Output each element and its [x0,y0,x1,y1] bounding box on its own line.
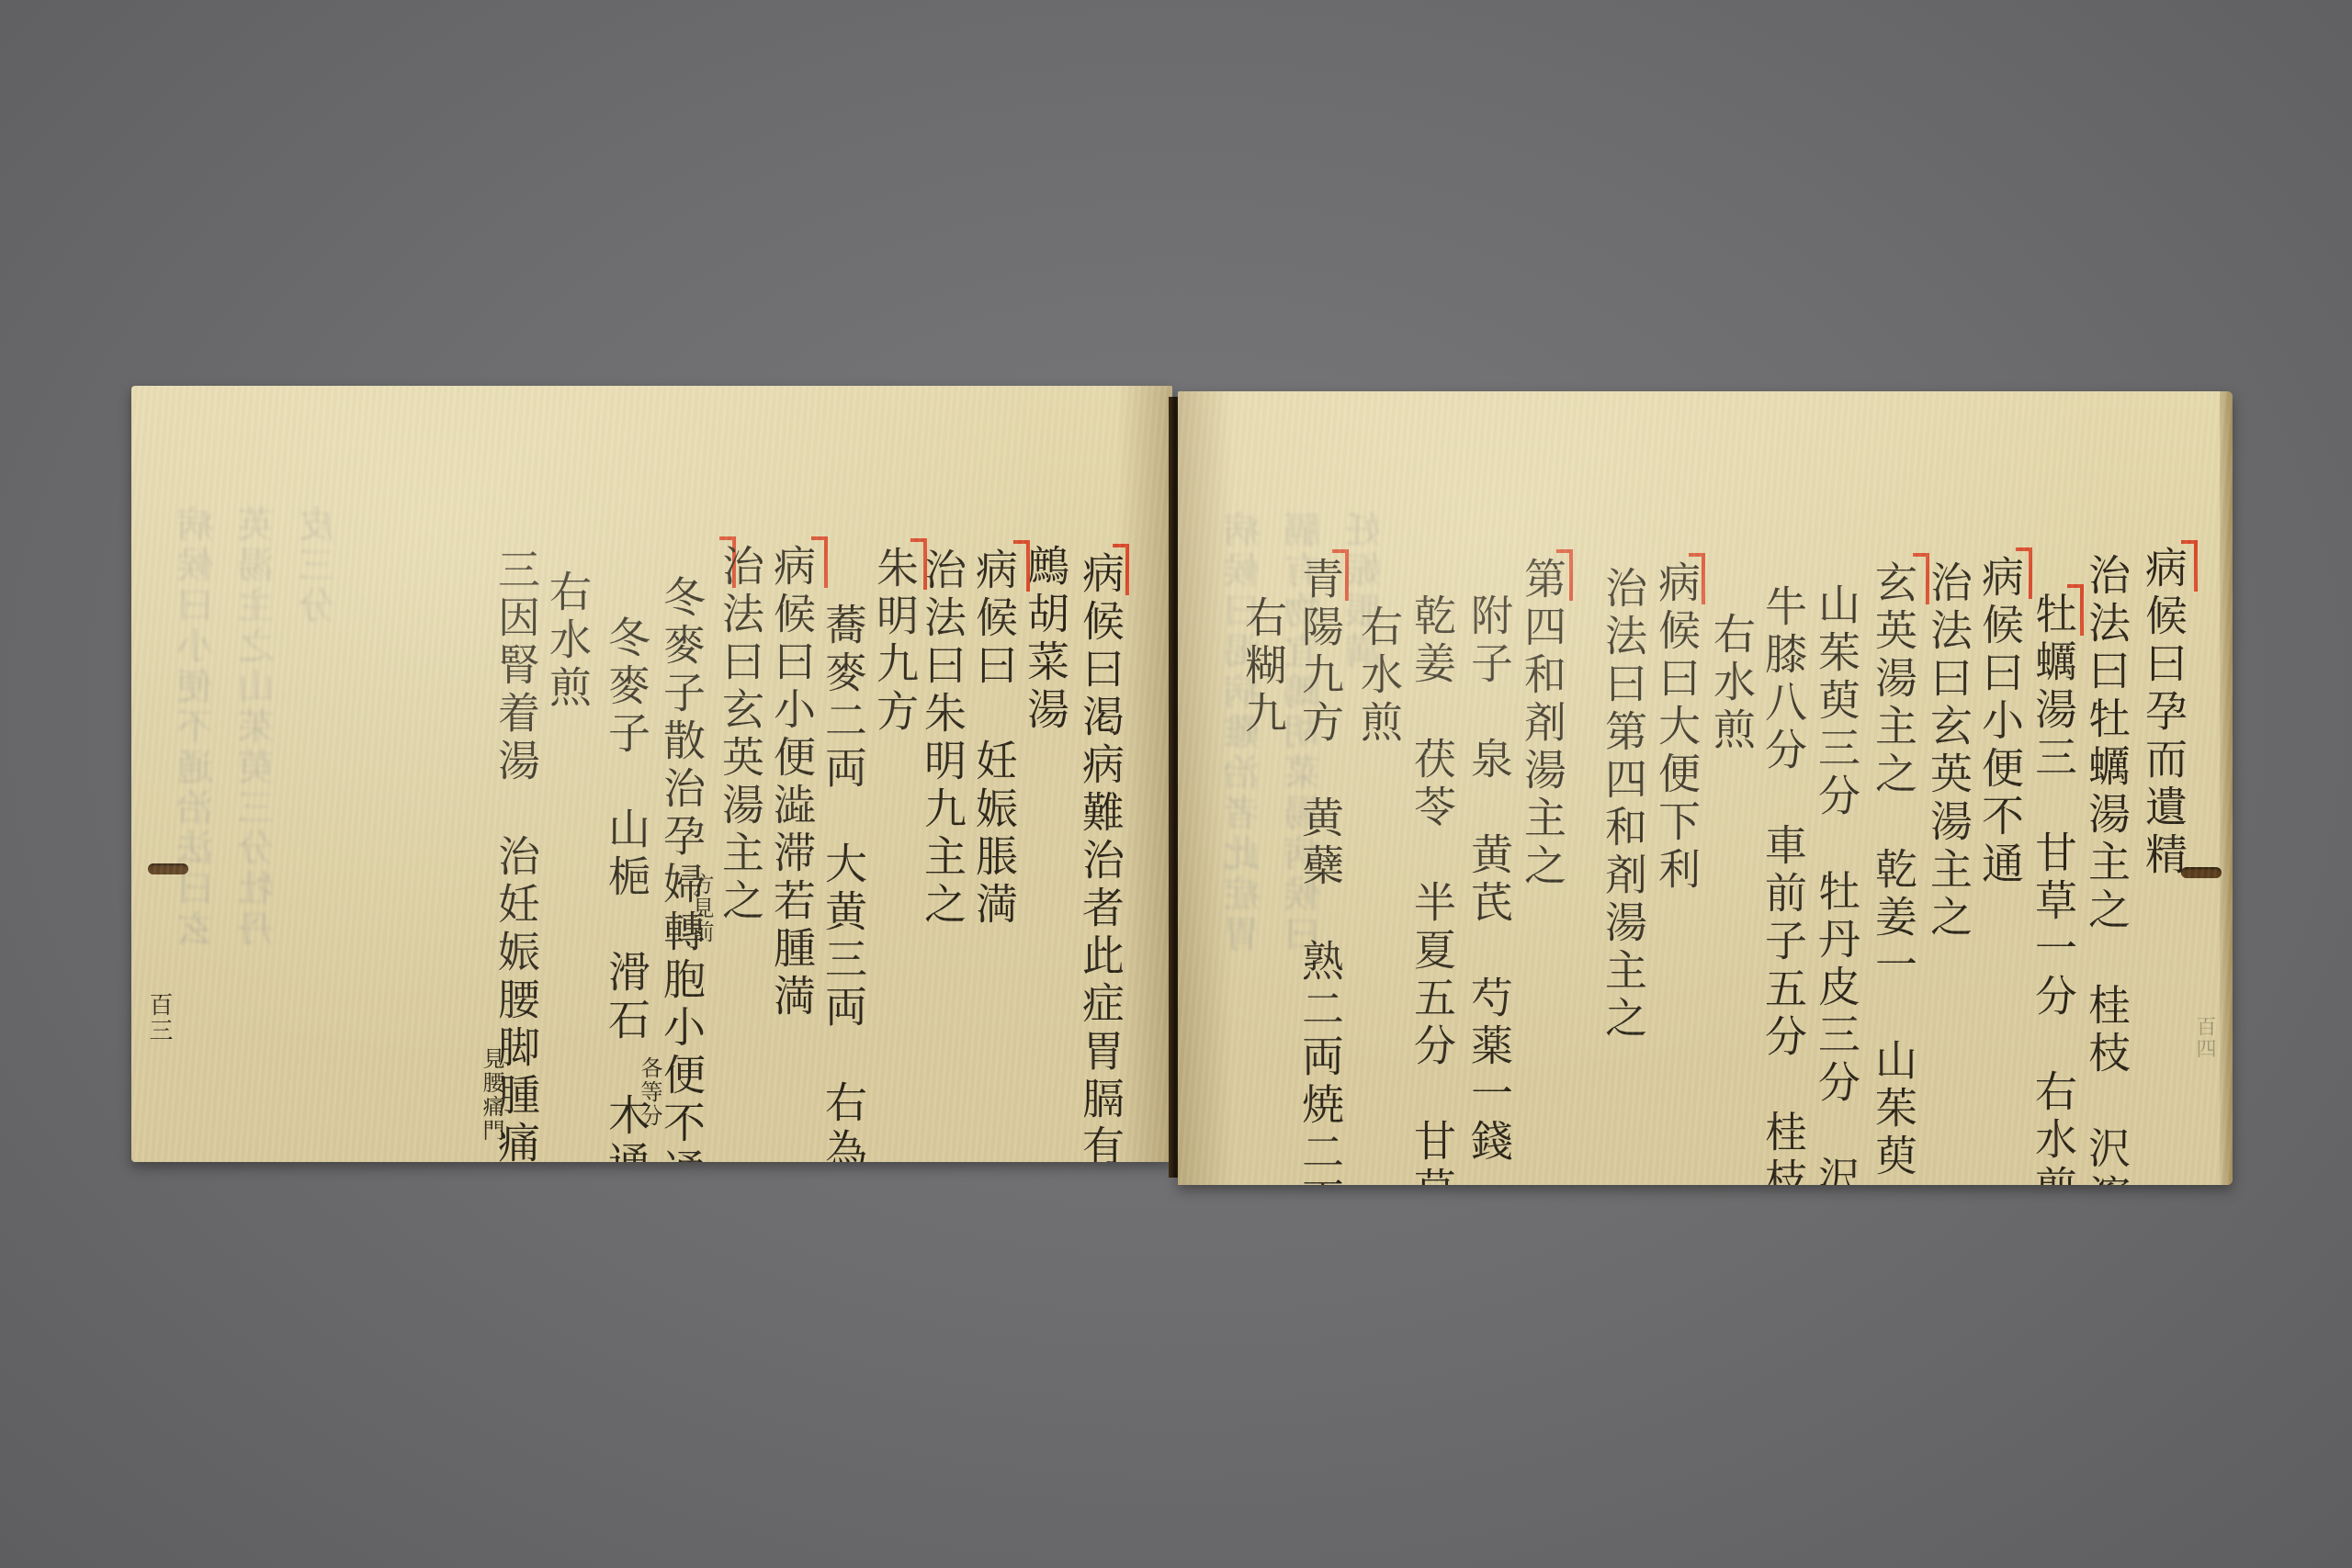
text-column: 第四和剤湯主之 [1521,557,1564,891]
annotation-note: 各等分 [639,1056,661,1128]
text-column: 牡蠣湯三 甘草一分 右水煎 [2032,592,2075,1185]
text-column: 鷓胡菜湯 [1024,544,1067,735]
show-through-text: 病候曰小便不通治法曰玄英湯主之山茱萸三分牡丹皮三分 [168,505,811,983]
text-column: 病候曰 妊娠脹満 [973,547,1015,930]
text-column: 治法曰第四和剤湯主之 [1602,566,1645,1043]
text-column: 病候曰大便下利 [1656,560,1698,895]
text-column: 右水煎 [547,570,589,713]
text-column: 右糊九 [1242,595,1284,739]
annotation-note: 見腰痛門 [481,1047,503,1143]
text-column: 附子 泉 黄芪 芍薬一錢 白朮一錢 [1468,593,1510,1185]
text-column: 右水煎 [1358,604,1400,748]
text-column: 冬麥子散治孕婦轉胞小便不通 [661,575,703,1162]
text-column: 治法曰玄英湯主之 [719,544,762,926]
text-column: 玄英湯主之 乾姜一 山茱萸五分 茯苓一錢 [1872,560,1915,1185]
folio-number: 百四 [2190,1016,2219,1060]
open-book: 病候曰小便不通治法曰玄英湯主之山茱萸三分牡丹皮三分 病候曰渇病難治者此症胃膈有物… [0,0,2352,1568]
text-column: 蕎麥二両 大黄三両 右為末糊九 [822,603,865,1162]
text-column: 病候曰小便澁滞若腫満 [771,544,813,1021]
page-edge [2220,391,2233,1185]
text-column: 右水煎 [1711,612,1753,755]
text-column: 治法曰牡蠣湯主之 桂枝 沢瀉 龍骨 [2086,553,2128,1185]
text-column: 病候曰孕而遺精 [2143,546,2185,880]
text-column: 病候曰小便不通 [1979,555,2021,889]
text-column: 治法曰玄英湯主之 [1928,560,1970,942]
binding-hole [2181,867,2222,878]
text-column: 治法曰朱明九主之 [922,547,964,930]
text-column: 乾姜 茯苓 半夏五分 甘草一分 [1411,593,1453,1185]
binding-hole [148,863,188,874]
text-column: 牛膝八分 車前子五分 桂枝一錢 附子八分 [1762,584,1804,1185]
folio-number: 百三 [142,992,176,1043]
text-column: 青陽九方 黄蘗 熟二両焼二両生二両 [1299,557,1341,1185]
text-column: 朱明九方 [874,546,916,737]
text-column: 病候曰渇病難治者此症胃膈有物宜 [1080,551,1122,1162]
left-page: 病候曰小便不通治法曰玄英湯主之山茱萸三分牡丹皮三分 病候曰渇病難治者此症胃膈有物… [131,386,1172,1162]
right-page: 病候曰渇病難治者此症胃膈有物宜鷓胡菜湯病候曰妊娠脹満 病候曰孕而遺精 治法曰牡蠣… [1178,391,2233,1185]
text-column: 山茱萸三分 牡丹皮三分 沢瀉一錢 [1815,582,1858,1185]
